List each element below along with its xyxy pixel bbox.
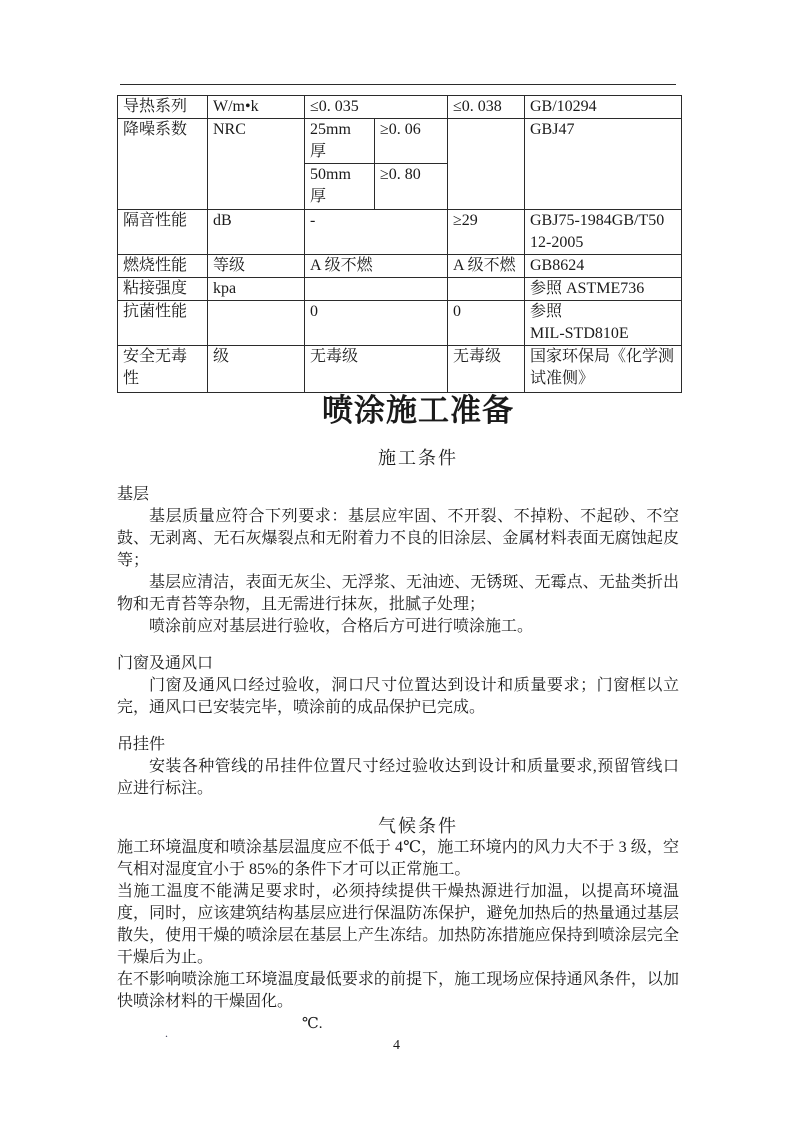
table-cell: kpa bbox=[208, 278, 305, 301]
page-title: 喷涂施工准备 bbox=[117, 390, 679, 432]
table-cell: - bbox=[305, 210, 448, 255]
table-row: 燃烧性能等级A 级不燃A 级不燃GB8624 bbox=[118, 255, 682, 278]
paragraph: 施工环境温度和喷涂基层温度应不低于 4℃，施工环境内的风力大不于 3 级，空气相… bbox=[117, 837, 679, 881]
table-cell bbox=[448, 278, 525, 301]
paragraph: 基层应清洁，表面无灰尘、无浮浆、无油迹、无锈斑、无霉点、无盐类折出物和无青苔等杂… bbox=[117, 572, 679, 616]
page-number: 4 bbox=[0, 1038, 793, 1054]
section-heading: 气候条件 bbox=[117, 816, 679, 837]
top-horizontal-rule bbox=[120, 84, 676, 85]
table-cell: ≥29 bbox=[448, 210, 525, 255]
celsius-note: ℃. bbox=[117, 1013, 679, 1035]
table-row: 抗菌性能00参照 MIL-STD810E bbox=[118, 301, 682, 346]
table-row: 隔音性能dB-≥29GBJ75-1984GB/T50 12-2005 bbox=[118, 210, 682, 255]
subsection-label: 门窗及通风口 bbox=[117, 653, 679, 675]
table-cell: A 级不燃 bbox=[448, 255, 525, 278]
paragraph: 门窗及通风口经过验收，洞口尺寸位置达到设计和质量要求；门窗框以立完，通风口已安装… bbox=[117, 675, 679, 719]
paragraph: 喷涂前应对基层进行验收，合格后方可进行喷涂施工。 bbox=[117, 616, 679, 638]
table-cell: 隔音性能 bbox=[118, 210, 208, 255]
table-cell: ≥0. 06 bbox=[375, 119, 448, 164]
table-row: 导热系列W/m•k≤0. 035≤0. 038GB/10294 bbox=[118, 96, 682, 119]
table-cell: NRC bbox=[208, 119, 305, 210]
paragraph: 当施工温度不能满足要求时，必须持续提供干燥热源进行加温，以提高环境温度，同时，应… bbox=[117, 881, 679, 969]
paragraph: 安装各种管线的吊挂件位置尺寸经过验收达到设计和质量要求,预留管线口应进行标注。 bbox=[117, 756, 679, 800]
paragraph: 在不影响喷涂施工环境温度最低要求的前提下，施工现场应保持通风条件，以加快喷涂材料… bbox=[117, 969, 679, 1013]
table-cell: 等级 bbox=[208, 255, 305, 278]
table-cell: GBJ75-1984GB/T50 12-2005 bbox=[525, 210, 682, 255]
table-cell: 参照 MIL-STD810E bbox=[525, 301, 682, 346]
table-cell: dB bbox=[208, 210, 305, 255]
table-cell: 0 bbox=[448, 301, 525, 346]
document-body: 喷涂施工准备 施工条件基层基层质量应符合下列要求：基层应牢固、不开裂、不掉粉、不… bbox=[117, 377, 679, 1035]
table-cell: 50mm 厚 bbox=[305, 164, 375, 210]
table-cell: GB/10294 bbox=[525, 96, 682, 119]
table-cell: GB8624 bbox=[525, 255, 682, 278]
subsection-label: 基层 bbox=[117, 484, 679, 506]
table-cell: GBJ47 bbox=[525, 119, 682, 210]
table-cell: 25mm 厚 bbox=[305, 119, 375, 164]
subsection-label: 吊挂件 bbox=[117, 734, 679, 756]
paragraph: 基层质量应符合下列要求：基层应牢固、不开裂、不掉粉、不起砂、不空鼓、无剥离、无石… bbox=[117, 506, 679, 572]
table-cell bbox=[208, 301, 305, 346]
table-row: 粘接强度kpa参照 ASTME736 bbox=[118, 278, 682, 301]
table-cell: A 级不燃 bbox=[305, 255, 448, 278]
table-cell: ≤0. 038 bbox=[448, 96, 525, 119]
table-cell bbox=[448, 119, 525, 210]
section-heading: 施工条件 bbox=[117, 448, 679, 469]
table-cell bbox=[305, 278, 448, 301]
table-cell: ≤0. 035 bbox=[305, 96, 448, 119]
table-cell: 0 bbox=[305, 301, 448, 346]
table-cell: 参照 ASTME736 bbox=[525, 278, 682, 301]
table-cell: 粘接强度 bbox=[118, 278, 208, 301]
table-cell: 导热系列 bbox=[118, 96, 208, 119]
table-cell: W/m•k bbox=[208, 96, 305, 119]
table-cell: 抗菌性能 bbox=[118, 301, 208, 346]
table-cell: 燃烧性能 bbox=[118, 255, 208, 278]
material-properties-table: 导热系列W/m•k≤0. 035≤0. 038GB/10294降噪系数NRC25… bbox=[117, 95, 682, 393]
table-cell: ≥0. 80 bbox=[375, 164, 448, 210]
table-cell: 降噪系数 bbox=[118, 119, 208, 210]
table-row: 降噪系数NRC25mm 厚≥0. 06GBJ47 bbox=[118, 119, 682, 164]
